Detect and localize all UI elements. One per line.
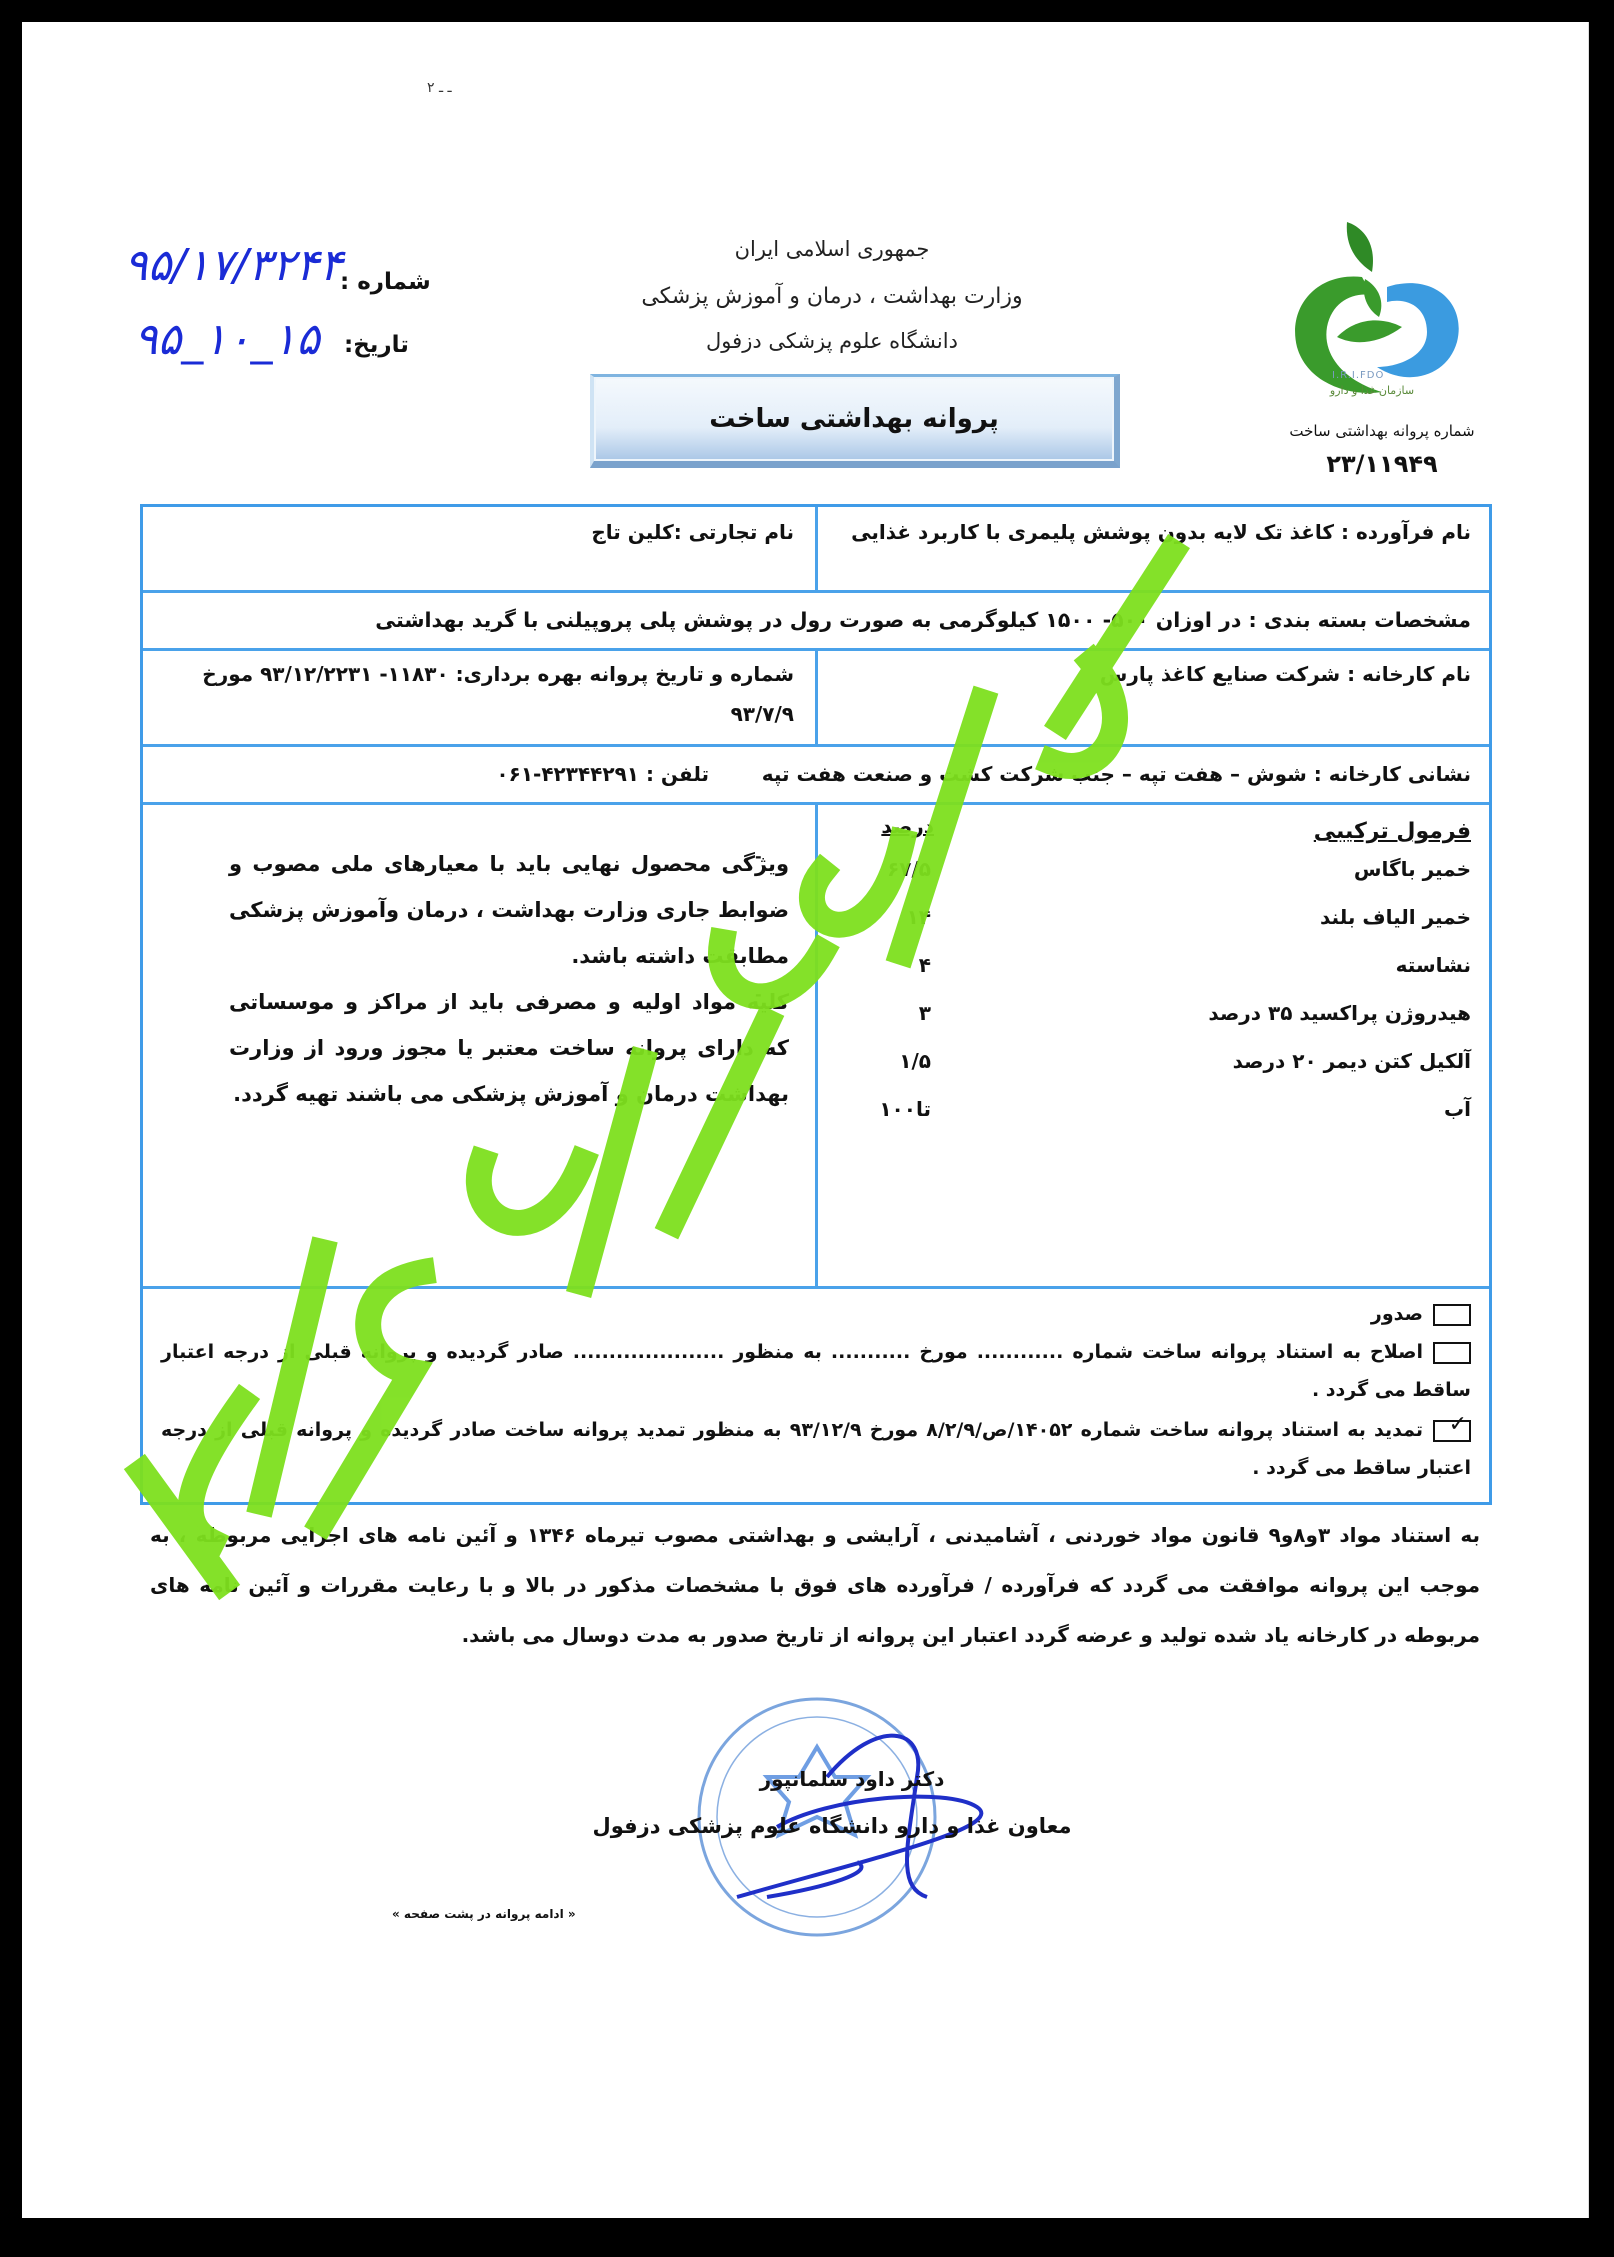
option-label: اصلاح به استناد پروانه ساخت شماره ......… — [161, 1341, 1471, 1401]
formula-item: نشاسته ۴ — [861, 953, 1471, 977]
factory-row: نام کارخانه : شرکت صنایع کاغذ پارس شماره… — [143, 651, 1489, 747]
column-divider — [815, 651, 818, 747]
option-label: تمدید به استناد پروانه ساخت شماره ۱۴۰۵۲/… — [161, 1419, 1471, 1479]
document-title: پروانه بهداشتی ساخت — [590, 374, 1120, 468]
ingredient-percent: ۱۴ — [861, 905, 931, 929]
ingredient-percent: ۶۷/۵ — [861, 857, 931, 881]
option-amendment: اصلاح به استناد پروانه ساخت شماره ......… — [161, 1333, 1471, 1409]
ingredient-name: خمیر باگاس — [1354, 857, 1471, 881]
ingredient-name: آب — [1444, 1097, 1471, 1121]
logo-persian-caption: سازمان غذا و دارو — [1272, 384, 1472, 397]
university-heading: دانشگاه علوم پزشکی دزفول — [602, 329, 1062, 353]
license-type-row: صدور اصلاح به استناد پروانه ساخت شماره .… — [143, 1289, 1489, 1502]
ingredient-name: آلکیل کتن دیمر ۲۰ درصد — [1233, 1049, 1471, 1073]
handwritten-number: ۹۵/۱۷/۳۲۴۴ — [124, 240, 343, 291]
ingredient-percent: ۴ — [861, 953, 931, 977]
scan-mark: ۲ ـ ـ — [427, 80, 452, 96]
country-heading: جمهوری اسلامی ایران — [602, 237, 1062, 261]
handwritten-date: ۹۵_۱۰_۱۵ — [134, 314, 320, 365]
address-row: نشانی کارخانه : شوش – هفت تپه – جنب شرکت… — [143, 747, 1489, 805]
continuation-note: « ادامه پروانه در پشت صفحه » — [392, 1907, 576, 1921]
formula-row: فرمول ترکیبی درصد خمیر باگاس ۶۷/۵ خمیر ا… — [143, 805, 1489, 1289]
column-divider — [815, 805, 818, 1289]
factory-name: نام کارخانه : شرکت صنایع کاغذ پارس — [1100, 655, 1471, 693]
number-label: شماره : — [340, 269, 431, 295]
license-number: ۲۳/۱۱۹۴۹ — [1277, 450, 1487, 478]
ingredient-name: نشاسته — [1396, 953, 1471, 977]
date-label: تاریخ: — [344, 332, 409, 358]
formula-item: خمیر باگاس ۶۷/۵ — [861, 857, 1471, 881]
license-number-label: شماره پروانه بهداشتی ساخت — [1277, 422, 1487, 440]
note-product-standards: ویژگی محصول نهایی باید با معیارهای ملی م… — [229, 841, 789, 979]
formula-item: هیدروژن پراکسید ۳۵ درصد ۳ — [861, 1001, 1471, 1025]
option-issue: صدور — [161, 1295, 1471, 1333]
product-row: نام فرآورده : کاغذ تک لایه بدون پوشش پلی… — [143, 507, 1489, 593]
license-details-table: نام فرآورده : کاغذ تک لایه بدون پوشش پلی… — [140, 504, 1492, 1505]
signatory-position: معاون غذا و دارو دانشگاه علوم پزشکی دزفو… — [582, 1814, 1082, 1838]
ingredient-percent: تا۱۰۰ — [861, 1097, 931, 1121]
ingredient-name: خمیر الیاف بلند — [1320, 905, 1471, 929]
ingredient-percent: ۱/۵ — [861, 1049, 931, 1073]
option-renewal: ✓تمدید به استناد پروانه ساخت شماره ۱۴۰۵۲… — [161, 1411, 1471, 1487]
signatory-name: دکتر داود سلمانپور — [622, 1767, 1082, 1791]
formula-item: خمیر الیاف بلند ۱۴ — [861, 905, 1471, 929]
factory-address: نشانی کارخانه : شوش – هفت تپه – جنب شرکت… — [762, 755, 1471, 793]
license-document-page: ۲ ـ ـ ۹۵/۱۷/۳۲۴۴ شماره : ۹۵_۱۰_۱۵ تاریخ:… — [22, 22, 1589, 2218]
ingredient-percent: ۳ — [861, 1001, 931, 1025]
operation-license-line2: ۹۳/۷/۹ — [731, 695, 794, 733]
amendment-checkbox[interactable] — [1433, 1342, 1471, 1364]
packaging-row: مشخصات بسته بندی : در اوزان ۵۰۰- ۱۵۰۰ کی… — [143, 593, 1489, 651]
check-mark-icon: ✓ — [1449, 1414, 1467, 1436]
logo-english-caption: I.R.I.FDO — [1332, 370, 1384, 381]
factory-phone: تلفن : ۴۲۳۴۴۲۹۱-۰۶۱ — [496, 755, 709, 793]
note-raw-materials: کلیه مواد اولیه و مصرفی باید از مراکز و … — [229, 979, 789, 1117]
packaging-spec: مشخصات بسته بندی : در اوزان ۵۰۰- ۱۵۰۰ کی… — [375, 601, 1471, 639]
renewal-checkbox[interactable]: ✓ — [1433, 1420, 1471, 1442]
formula-item: آلکیل کتن دیمر ۲۰ درصد ۱/۵ — [861, 1049, 1471, 1073]
product-name: نام فرآورده : کاغذ تک لایه بدون پوشش پلی… — [851, 513, 1471, 551]
option-label: صدور — [1371, 1303, 1423, 1325]
legal-basis-paragraph: به استناد مواد ۳و۸و۹ قانون مواد خوردنی ،… — [150, 1510, 1480, 1660]
formula-title: فرمول ترکیبی — [1314, 813, 1471, 851]
brand-name: نام تجارتی :کلین تاج — [591, 513, 794, 551]
ministry-heading: وزارت بهداشت ، درمان و آموزش پزشکی — [602, 284, 1062, 309]
issue-checkbox[interactable] — [1433, 1304, 1471, 1326]
operation-license-line1: شماره و تاریخ پروانه بهره برداری: ۱۱۸۳۰-… — [144, 655, 794, 693]
formula-item: آب تا۱۰۰ — [861, 1097, 1471, 1121]
ingredient-name: هیدروژن پراکسید ۳۵ درصد — [1208, 1001, 1471, 1025]
column-divider — [815, 507, 818, 593]
percent-header: درصد — [881, 807, 934, 845]
